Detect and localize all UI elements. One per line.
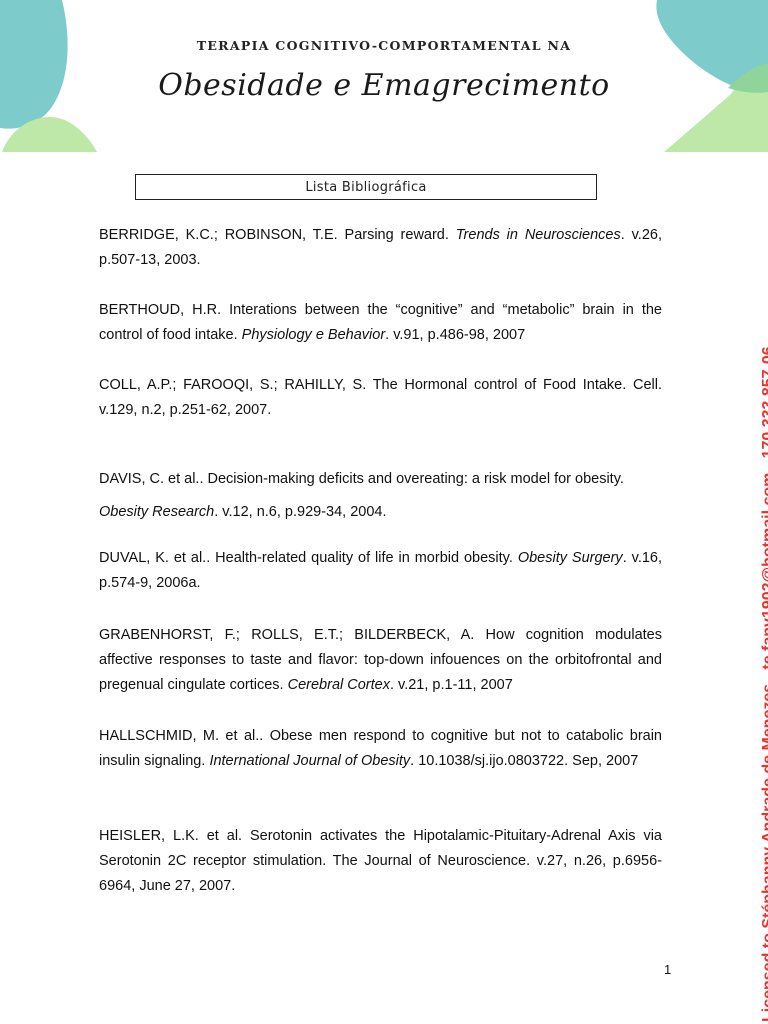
document-subtitle: TERAPIA COGNITIVO-COMPORTAMENTAL NA <box>0 38 768 53</box>
left-teal-blob <box>0 0 68 129</box>
page-header: TERAPIA COGNITIVO-COMPORTAMENTAL NA Obes… <box>0 0 768 153</box>
reference-item: HEISLER, L.K. et al. Serotonin activates… <box>99 824 662 899</box>
reference-item: BERTHOUD, H.R. Interations between the “… <box>99 298 662 348</box>
reference-item: HALLSCHMID, M. et al.. Obese men respond… <box>99 724 662 774</box>
document-title: Obesidade e Emagrecimento <box>0 68 768 103</box>
reference-item: COLL, A.P.; FAROOQI, S.; RAHILLY, S. The… <box>99 373 662 423</box>
reference-item: GRABENHORST, F.; ROLLS, E.T.; BILDERBECK… <box>99 623 662 698</box>
reference-item: BERRIDGE, K.C.; ROBINSON, T.E. Parsing r… <box>99 223 662 273</box>
section-title: Lista Bibliográfica <box>305 180 426 195</box>
license-watermark: Licensed to Stéphanny Andrade de Menezes… <box>760 346 768 1022</box>
reference-item: DAVIS, C. et al.. Decision-making defici… <box>99 463 662 529</box>
reference-item: DUVAL, K. et al.. Health-related quality… <box>99 546 662 596</box>
section-title-box: Lista Bibliográfica <box>135 174 597 200</box>
page-number: 1 <box>664 962 671 977</box>
